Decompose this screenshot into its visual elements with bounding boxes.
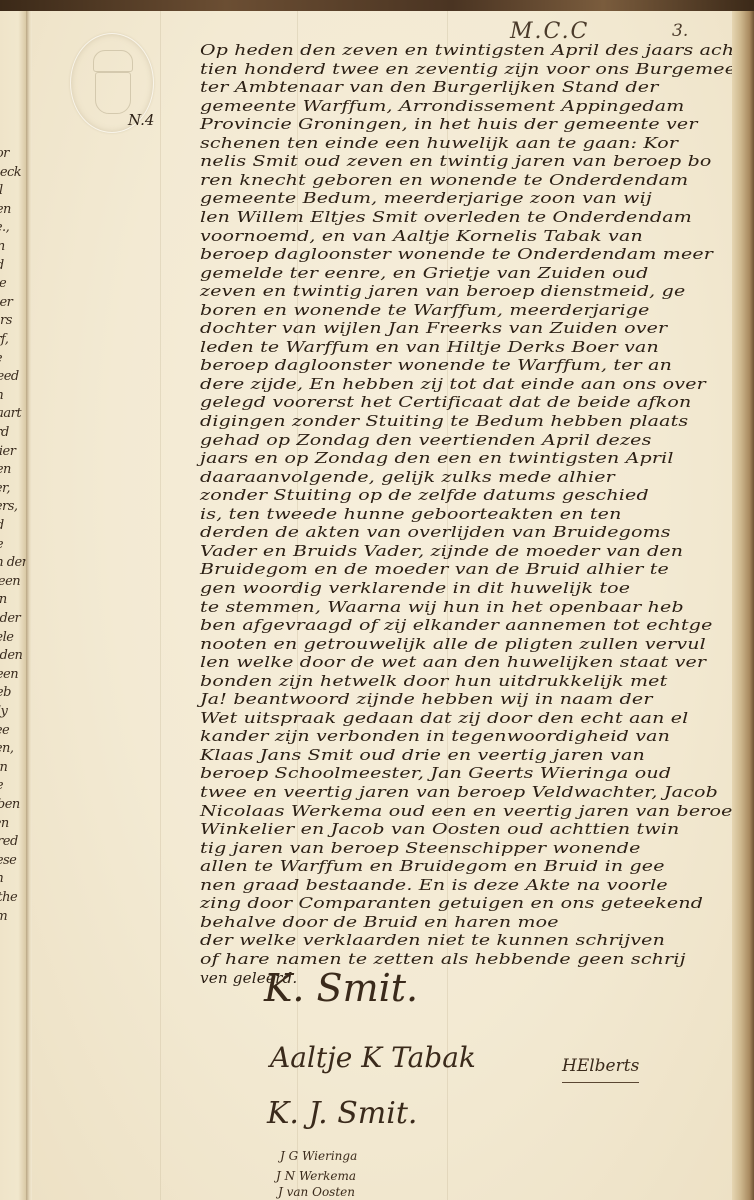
scanned-register-page: dormecko ldenve.,Anudk eidertorserf,veZe…: [0, 0, 754, 1200]
signature-witness-werkema: J N Werkema: [276, 1169, 356, 1183]
record-line: allen te Warffum en Bruidegom en Bruid i…: [200, 857, 665, 875]
record-line: boren en wonende te Warffum, meerderjari…: [200, 301, 650, 319]
record-line: zeven en twintig jaren van beroep dienst…: [200, 282, 685, 300]
record-line: leden te Warffum en van Hiltje Derks Boe…: [200, 338, 659, 356]
record-line: derden de akten van overlijden van Bruid…: [200, 523, 671, 541]
record-number: N.4: [128, 111, 154, 129]
previous-page-text-fragment: Deen: [0, 574, 26, 589]
previous-page-text-fragment: de: [0, 778, 26, 793]
previous-page-text-fragment: om: [0, 909, 26, 924]
previous-page-text-fragment: r the: [0, 890, 26, 905]
previous-page-text-fragment: kele: [0, 630, 26, 645]
record-line: kander zijn verbonden in tegenwoordighei…: [200, 727, 670, 745]
record-line: voornoemd, en van Aaltje Kornelis Tabak …: [200, 227, 643, 245]
record-line: len welke door de wet aan den huwelijken…: [200, 653, 706, 671]
record-line: zonder Stuiting op de zelfde datums gesc…: [200, 486, 649, 504]
previous-page-text-fragment: erf,: [0, 332, 26, 347]
record-line: Vader en Bruids Vader, zijnde de moeder …: [200, 542, 683, 560]
previous-page-text-fragment: Laart: [0, 406, 26, 421]
previous-page-text-fragment: o l: [0, 183, 26, 198]
record-line: jaars en op Zondag den een en twintigste…: [200, 449, 674, 467]
previous-page-text-fragment: meck: [0, 165, 26, 180]
record-line: zing door Comparanten getuigen en ons ge…: [200, 894, 703, 912]
previous-page-text-fragment: ge: [0, 537, 26, 552]
record-line: nelis Smit oud zeven en twintig jaren va…: [200, 152, 712, 170]
previous-page-text-fragment: ider: [0, 295, 26, 310]
record-line: Provincie Groningen, in het huis der gem…: [200, 115, 698, 133]
record-line: Ja! beantwoord zijnde hebben wij in naam…: [200, 690, 653, 708]
record-line: gemeente Warffum, Arrondissement Appinge…: [200, 97, 684, 115]
book-binding-top: [0, 0, 754, 11]
previous-page-text-fragment: Bred: [0, 834, 26, 849]
record-line: schenen ten einde een huwelijk aan te ga…: [200, 134, 678, 152]
register-page: N.4 M.C.C 3. Op heden den zeven en twint…: [32, 11, 732, 1200]
previous-page-text-fragment: den: [0, 462, 26, 477]
previous-page-text-fragment: ud: [0, 258, 26, 273]
record-line: ter Ambtenaar van den Burgerlijken Stand…: [200, 78, 658, 96]
record-line: digingen zonder Stuiting te Bedum hebben…: [200, 412, 688, 430]
previous-page-text-fragment: Aly: [0, 704, 26, 719]
previous-page-text-fragment: ud: [0, 518, 26, 533]
record-line: tien honderd twee en zeventig zijn voor …: [200, 60, 746, 78]
record-line: behalve door de Bruid en haren moe: [200, 913, 559, 931]
record-line: is, ten tweede hunne geboorteakten en te…: [200, 505, 622, 523]
record-line: Wet uitspraak gedaan dat zij door den ec…: [200, 709, 688, 727]
record-line: beroep dagloonster wonende te Warffum, t…: [200, 356, 672, 374]
signature-registrar: HElberts: [562, 1056, 639, 1083]
record-line: dochter van wijlen Jan Freerks van Zuide…: [200, 319, 667, 337]
record-line: gemelde ter eenre, en Grietje van Zuiden…: [200, 264, 649, 282]
page-number: 3.: [672, 21, 688, 41]
previous-page-text-fragment: gin: [0, 760, 26, 775]
previous-page-text-fragment: k e: [0, 276, 26, 291]
record-line: tig jaren van beroep Steenschipper wonen…: [200, 839, 641, 857]
signature-witness-wieringa: J G Wieringa: [280, 1149, 357, 1163]
previous-page-text-fragment: den: [0, 202, 26, 217]
previous-page-text-fragment: dor: [0, 146, 26, 161]
previous-page-text-fragment: Zeed: [0, 369, 26, 384]
previous-page-text-fragment: Aben: [0, 797, 26, 812]
previous-page-text-fragment: dese: [0, 853, 26, 868]
previous-page-text-fragment: vers,: [0, 499, 26, 514]
record-line: der welke verklaarden niet te kunnen sch…: [200, 931, 665, 949]
signature-bridegroom: K. Smit.: [264, 966, 418, 1010]
previous-page-text-fragment: len: [0, 592, 26, 607]
signature-aaltje-tabak: Aaltje K Tabak: [270, 1041, 476, 1074]
previous-page-text-fragment: on: [0, 388, 26, 403]
previous-page-text-fragment: tors: [0, 313, 26, 328]
shield-icon: [95, 72, 131, 114]
record-line: Op heden den zeven en twintigsten April …: [200, 41, 748, 59]
record-line: ben afgevraagd of zij elkander aannemen …: [200, 616, 713, 634]
previous-page-text-fragment: n den: [0, 648, 26, 663]
crown-icon: [93, 50, 133, 72]
previous-page-text-fragment: deen: [0, 667, 26, 682]
record-line: bonden zijn hetwelk door hun uitdrukkeli…: [200, 672, 667, 690]
record-line: Klaas Jans Smit oud drie en veertig jare…: [200, 746, 645, 764]
record-line: Nicolaas Werkema oud een en veertig jare…: [200, 802, 745, 820]
previous-page-text-fragment: ve: [0, 351, 26, 366]
record-line: gelegd voorerst het Certificaat dat de b…: [200, 393, 691, 411]
previous-page-text-fragment: vee: [0, 723, 26, 738]
previous-page-text-fragment: n der: [0, 611, 26, 626]
previous-page-text-fragment: ver,: [0, 481, 26, 496]
signature-witness-van-oosten: J van Oosten: [278, 1185, 355, 1199]
previous-page-text-fragment: An: [0, 239, 26, 254]
record-line: len Willem Eltjes Smit overleden te Onde…: [200, 208, 692, 226]
record-line: daaraanvolgende, gelijk zulks mede alhie…: [200, 468, 615, 486]
page-edge-right: [732, 11, 754, 1200]
record-line: beroep dagloonster wonende te Onderdenda…: [200, 245, 713, 263]
record-line: Bruidegom en de moeder van de Bruid alhi…: [200, 560, 669, 578]
previous-page-text-fragment: heb: [0, 685, 26, 700]
record-line: gehad op Zondag den veertienden April de…: [200, 431, 652, 449]
record-line: gen woordig verklarende in dit huwelijk …: [200, 579, 630, 597]
previous-page-text-fragment: ord: [0, 425, 26, 440]
record-line: te stemmen, Waarna wij hun in het openba…: [200, 598, 684, 616]
record-line: nen graad bestaande. En is deze Akte na …: [200, 876, 668, 894]
previous-page-text-fragment: ven,: [0, 741, 26, 756]
record-line: nooten en getrouwelijk alle de pligten z…: [200, 635, 706, 653]
previous-page-text-fragment: on: [0, 871, 26, 886]
record-line: Winkelier en Jacob van Oosten oud achtti…: [200, 820, 679, 838]
margin-ruling: [160, 11, 161, 1200]
record-line: ren knecht geboren en wonende te Onderde…: [200, 171, 688, 189]
previous-page-text-fragment: ve.,: [0, 220, 26, 235]
record-line: twee en veertig jaren van beroep Veldwac…: [200, 783, 718, 801]
signature-witness-smit: K. J. Smit.: [267, 1096, 417, 1131]
previous-page-strip: dormecko ldenve.,Anudk eidertorserf,veZe…: [0, 11, 26, 1200]
previous-page-text-fragment: Hier: [0, 444, 26, 459]
previous-page-text-fragment: ren: [0, 816, 26, 831]
record-line: gemeente Bedum, meerderjarige zoon van w…: [200, 189, 652, 207]
record-line: beroep Schoolmeester, Jan Geerts Wiering…: [200, 764, 671, 782]
previous-page-text-fragment: en den: [0, 555, 26, 570]
record-line: dere zijde, En hebben zij tot dat einde …: [200, 375, 706, 393]
